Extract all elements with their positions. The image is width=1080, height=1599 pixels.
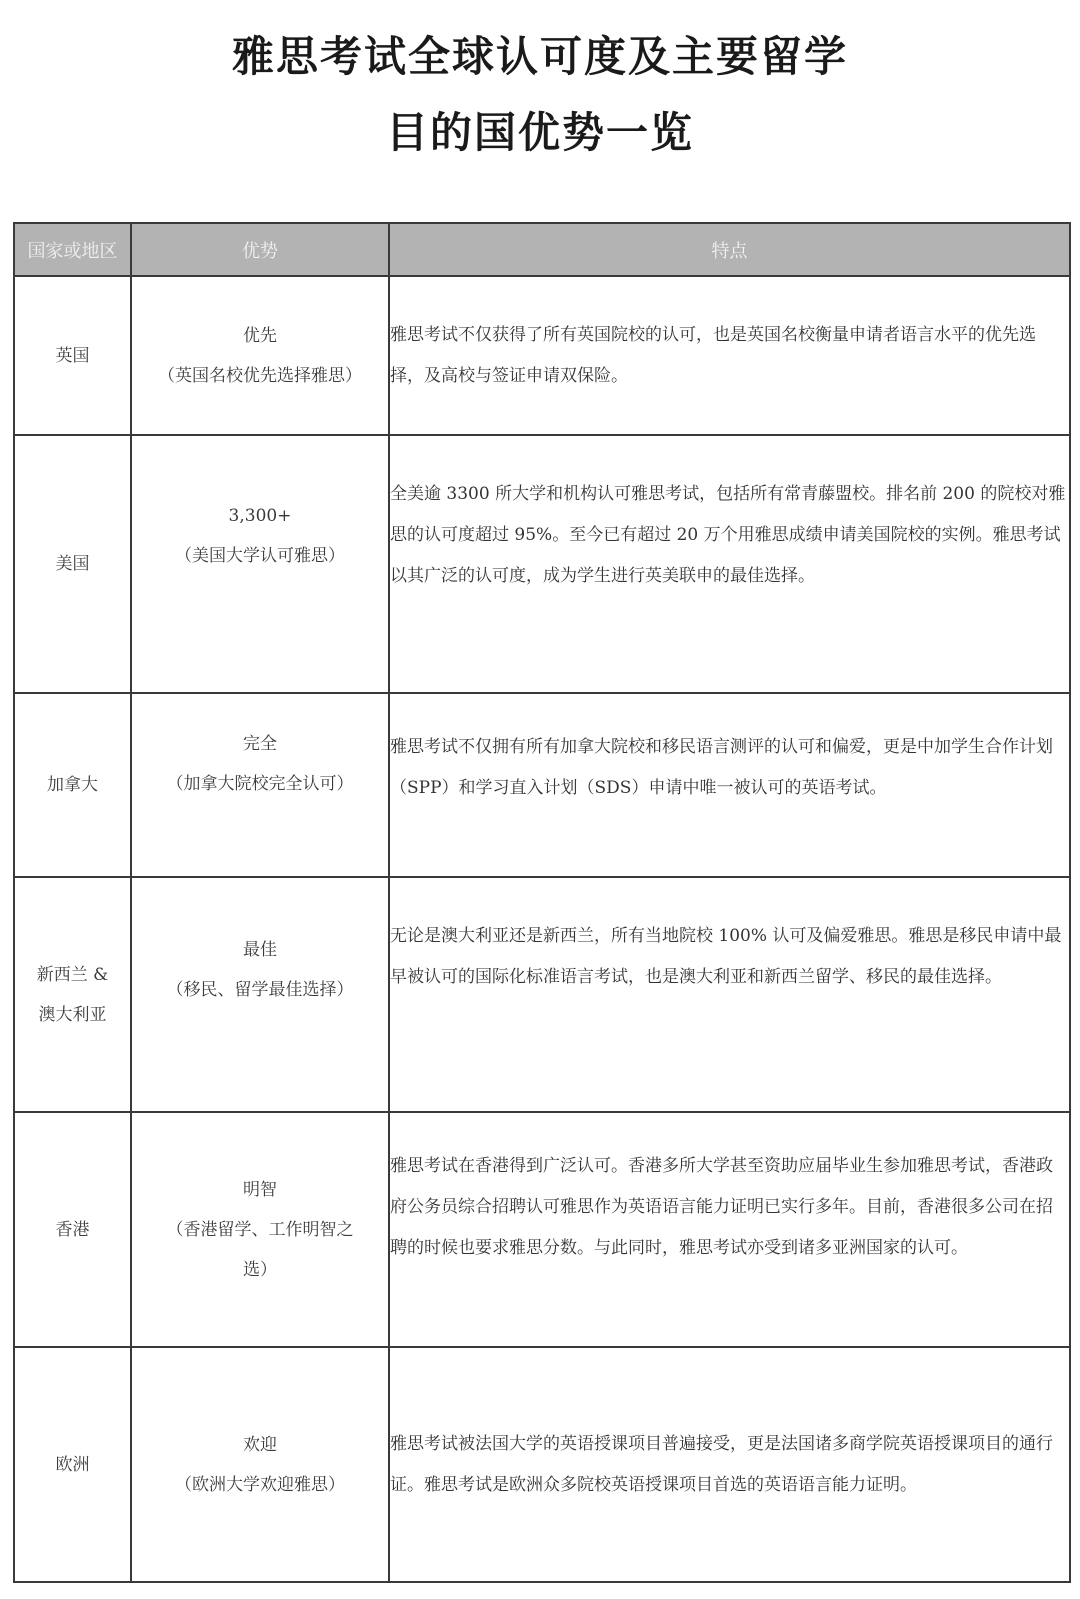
features-cell: 全美逾 3300 所大学和机构认可雅思考试，包括所有常青藤盟校。排名前 200 … xyxy=(389,435,1070,693)
advantage-cell: 最佳 （移民、留学最佳选择） xyxy=(131,877,389,1112)
advantage-main: 最佳 xyxy=(132,930,388,970)
advantage-main: 明智 xyxy=(154,1170,366,1210)
advantage-sub: （移民、留学最佳选择） xyxy=(132,970,388,1010)
country-cell: 欧洲 xyxy=(14,1347,131,1582)
table-row-nz-au: 新西兰 & 澳大利亚 最佳 （移民、留学最佳选择） 无论是澳大利亚还是新西兰，所… xyxy=(14,877,1070,1112)
advantage-cell: 优先 （英国名校优先选择雅思） xyxy=(131,276,389,435)
table-row-hong-kong: 香港 明智 （香港留学、工作明智之选） 雅思考试在香港得到广泛认可。香港多所大学… xyxy=(14,1112,1070,1347)
features-cell: 雅思考试被法国大学的英语授课项目普遍接受，更是法国诸多商学院英语授课项目的通行证… xyxy=(389,1347,1070,1582)
advantage-cell: 明智 （香港留学、工作明智之选） xyxy=(131,1112,389,1347)
header-country: 国家或地区 xyxy=(14,223,131,276)
header-advantage: 优势 xyxy=(131,223,389,276)
advantage-main: 完全 xyxy=(132,724,388,764)
comparison-table: 国家或地区 优势 特点 英国 优先 （英国名校优先选择雅思） 雅思考试不仅获得了… xyxy=(13,222,1071,1583)
country-cell: 香港 xyxy=(14,1112,131,1347)
advantage-sub: （美国大学认可雅思） xyxy=(132,536,388,576)
table-row-usa: 美国 3,300+ （美国大学认可雅思） 全美逾 3300 所大学和机构认可雅思… xyxy=(14,435,1070,693)
features-cell: 雅思考试不仅拥有所有加拿大院校和移民语言测评的认可和偏爱，更是中加学生合作计划（… xyxy=(389,693,1070,877)
advantage-cell: 完全 （加拿大院校完全认可） xyxy=(131,693,389,877)
advantage-cell: 3,300+ （美国大学认可雅思） xyxy=(131,435,389,693)
features-cell: 雅思考试在香港得到广泛认可。香港多所大学甚至资助应届毕业生参加雅思考试，香港政府… xyxy=(389,1112,1070,1347)
table-header-row: 国家或地区 优势 特点 xyxy=(14,223,1070,276)
advantage-sub: （加拿大院校完全认可） xyxy=(132,764,388,804)
page-title-line-2: 目的国优势一览 xyxy=(0,100,1080,160)
country-cell: 美国 xyxy=(14,435,131,693)
features-cell: 雅思考试不仅获得了所有英国院校的认可，也是英国名校衡量申请者语言水平的优先选择，… xyxy=(389,276,1070,435)
table-row-canada: 加拿大 完全 （加拿大院校完全认可） 雅思考试不仅拥有所有加拿大院校和移民语言测… xyxy=(14,693,1070,877)
advantage-main: 优先 xyxy=(132,316,388,356)
table-row-uk: 英国 优先 （英国名校优先选择雅思） 雅思考试不仅获得了所有英国院校的认可，也是… xyxy=(14,276,1070,435)
advantage-cell: 欢迎 （欧洲大学欢迎雅思） xyxy=(131,1347,389,1582)
country-cell: 加拿大 xyxy=(14,693,131,877)
advantage-sub: （英国名校优先选择雅思） xyxy=(132,356,388,396)
advantage-main: 欢迎 xyxy=(132,1425,388,1465)
header-features: 特点 xyxy=(389,223,1070,276)
table-row-europe: 欧洲 欢迎 （欧洲大学欢迎雅思） 雅思考试被法国大学的英语授课项目普遍接受，更是… xyxy=(14,1347,1070,1582)
page-title-line-1: 雅思考试全球认可度及主要留学 xyxy=(0,24,1080,84)
advantage-sub: （香港留学、工作明智之选） xyxy=(154,1210,366,1290)
features-cell: 无论是澳大利亚还是新西兰，所有当地院校 100% 认可及偏爱雅思。雅思是移民申请… xyxy=(389,877,1070,1112)
advantage-sub: （欧洲大学欢迎雅思） xyxy=(132,1465,388,1505)
country-cell: 英国 xyxy=(14,276,131,435)
country-cell: 新西兰 & 澳大利亚 xyxy=(14,877,131,1112)
advantage-main: 3,300+ xyxy=(132,496,388,536)
